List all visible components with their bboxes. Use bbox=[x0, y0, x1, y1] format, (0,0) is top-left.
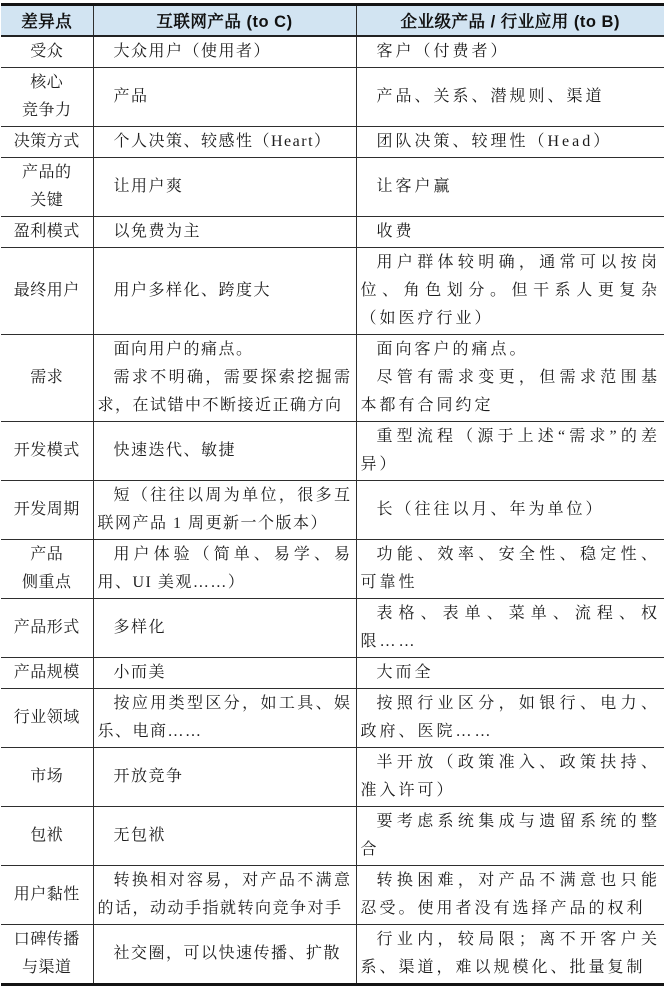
table-body: 受众 大众用户（使用者） 客户（付费者） 核心 竞争力 产品 产品、关系、潜规则… bbox=[1, 36, 664, 985]
cell-paragraph: 按照行业区分，如银行、电力、政府、医院…… bbox=[361, 690, 661, 746]
table-header: 差异点 互联网产品 (to C) 企业级产品 / 行业应用 (to B) bbox=[1, 5, 664, 36]
row-label: 口碑传播 与渠道 bbox=[1, 924, 93, 984]
row-label: 需求 bbox=[1, 334, 93, 421]
row-label: 核心 竞争力 bbox=[1, 67, 93, 126]
cell-paragraph: 产品、关系、潜规则、渠道 bbox=[361, 83, 661, 111]
table-row-user-stickiness: 用户黏性 转换相对容易，对产品不满意的话，动动手指就转向竞争对手 转换困难，对产… bbox=[1, 865, 664, 924]
toc-cell: 多样化 bbox=[93, 598, 356, 657]
table-row-industry-domain: 行业领域 按应用类型区分，如工具、娱乐、电商…… 按照行业区分，如银行、电力、政… bbox=[1, 688, 664, 747]
table-row-dev-model: 开发模式 快速迭代、敏捷 重型流程（源于上述“需求”的差异） bbox=[1, 421, 664, 480]
table-row-requirements: 需求 面向用户的痛点。需求不明确，需要探索挖掘需求，在试错中不断接近正确方向 面… bbox=[1, 334, 664, 421]
cell-paragraph: 需求不明确，需要探索挖掘需求，在试错中不断接近正确方向 bbox=[98, 364, 352, 420]
header-cell-to-b: 企业级产品 / 行业应用 (to B) bbox=[356, 5, 664, 36]
cell-paragraph: 客户（付费者） bbox=[361, 38, 661, 66]
cell-paragraph: 按应用类型区分，如工具、娱乐、电商…… bbox=[98, 690, 352, 746]
cell-paragraph: 短（往往以周为单位，很多互联网产品 1 周更新一个版本） bbox=[98, 482, 352, 538]
header-row: 差异点 互联网产品 (to C) 企业级产品 / 行业应用 (to B) bbox=[1, 5, 664, 36]
table-row-product-key: 产品的 关键 让用户爽 让客户赢 bbox=[1, 157, 664, 216]
cell-paragraph: 重型流程（源于上述“需求”的差异） bbox=[361, 423, 661, 479]
cell-paragraph: 开放竞争 bbox=[98, 763, 352, 791]
cell-paragraph: 用户群体较明确，通常可以按岗位、角色划分。但干系人更复杂（如医疗行业） bbox=[361, 249, 661, 333]
toc-cell: 社交圈，可以快速传播、扩散 bbox=[93, 924, 356, 984]
table-row-end-users: 最终用户 用户多样化、跨度大 用户群体较明确，通常可以按岗位、角色划分。但干系人… bbox=[1, 247, 664, 334]
cell-paragraph: 表格、表单、菜单、流程、权限…… bbox=[361, 600, 661, 656]
row-label: 包袱 bbox=[1, 806, 93, 865]
cell-paragraph: 大众用户（使用者） bbox=[98, 38, 352, 66]
cell-paragraph: 个人决策、较感性（Heart） bbox=[98, 128, 352, 156]
cell-paragraph: 团队决策、较理性（Head） bbox=[361, 128, 661, 156]
toc-cell: 用户多样化、跨度大 bbox=[93, 247, 356, 334]
cell-paragraph: 面向客户的痛点。 bbox=[361, 336, 661, 364]
tob-cell: 产品、关系、潜规则、渠道 bbox=[356, 67, 664, 126]
toc-cell: 快速迭代、敏捷 bbox=[93, 421, 356, 480]
row-label: 开发周期 bbox=[1, 480, 93, 539]
toc-cell: 产品 bbox=[93, 67, 356, 126]
cell-paragraph: 以免费为主 bbox=[98, 218, 352, 246]
cell-paragraph: 用户多样化、跨度大 bbox=[98, 277, 352, 305]
toc-cell: 按应用类型区分，如工具、娱乐、电商…… bbox=[93, 688, 356, 747]
toc-cell: 无包袱 bbox=[93, 806, 356, 865]
cell-paragraph: 半开放（政策准入、政策扶持、准入许可） bbox=[361, 749, 661, 805]
tob-cell: 行业内，较局限；离不开客户关系、渠道，难以规模化、批量复制 bbox=[356, 924, 664, 984]
cell-paragraph: 尽管有需求变更，但需求范围基本都有合同约定 bbox=[361, 364, 661, 420]
row-label: 产品的 关键 bbox=[1, 157, 93, 216]
tob-cell: 客户（付费者） bbox=[356, 36, 664, 68]
header-cell-difference-point: 差异点 bbox=[1, 5, 93, 36]
tob-cell: 半开放（政策准入、政策扶持、准入许可） bbox=[356, 747, 664, 806]
toc-cell: 面向用户的痛点。需求不明确，需要探索挖掘需求，在试错中不断接近正确方向 bbox=[93, 334, 356, 421]
row-label: 行业领域 bbox=[1, 688, 93, 747]
row-label: 受众 bbox=[1, 36, 93, 68]
cell-paragraph: 社交圈，可以快速传播、扩散 bbox=[98, 940, 352, 968]
cell-paragraph: 转换困难，对产品不满意也只能忍受。使用者没有选择产品的权利 bbox=[361, 867, 661, 923]
table-row-core-competitiveness: 核心 竞争力 产品 产品、关系、潜规则、渠道 bbox=[1, 67, 664, 126]
toc-cell: 让用户爽 bbox=[93, 157, 356, 216]
toc-cell: 大众用户（使用者） bbox=[93, 36, 356, 68]
table-row-baggage: 包袱 无包袱 要考虑系统集成与遗留系统的整合 bbox=[1, 806, 664, 865]
table-row-profit-model: 盈利模式 以免费为主 收费 bbox=[1, 216, 664, 247]
row-label: 产品 侧重点 bbox=[1, 539, 93, 598]
table-row-product-focus: 产品 侧重点 用户体验（简单、易学、易用、UI 美观……） 功能、效率、安全性、… bbox=[1, 539, 664, 598]
toc-cell: 用户体验（简单、易学、易用、UI 美观……） bbox=[93, 539, 356, 598]
toc-cell: 个人决策、较感性（Heart） bbox=[93, 126, 356, 157]
cell-paragraph: 长（往往以月、年为单位） bbox=[361, 496, 661, 524]
tob-cell: 用户群体较明确，通常可以按岗位、角色划分。但干系人更复杂（如医疗行业） bbox=[356, 247, 664, 334]
table-row-product-form: 产品形式 多样化 表格、表单、菜单、流程、权限…… bbox=[1, 598, 664, 657]
table-row-decision-style: 决策方式 个人决策、较感性（Heart） 团队决策、较理性（Head） bbox=[1, 126, 664, 157]
cell-paragraph: 面向用户的痛点。 bbox=[98, 336, 352, 364]
table-row-product-scale: 产品规模 小而美 大而全 bbox=[1, 657, 664, 688]
toc-cell: 小而美 bbox=[93, 657, 356, 688]
table-row-audience: 受众 大众用户（使用者） 客户（付费者） bbox=[1, 36, 664, 68]
row-label: 开发模式 bbox=[1, 421, 93, 480]
tob-cell: 转换困难，对产品不满意也只能忍受。使用者没有选择产品的权利 bbox=[356, 865, 664, 924]
cell-paragraph: 小而美 bbox=[98, 659, 352, 687]
tob-cell: 功能、效率、安全性、稳定性、可靠性 bbox=[356, 539, 664, 598]
cell-paragraph: 功能、效率、安全性、稳定性、可靠性 bbox=[361, 541, 661, 597]
cell-paragraph: 要考虑系统集成与遗留系统的整合 bbox=[361, 808, 661, 864]
tob-cell: 表格、表单、菜单、流程、权限…… bbox=[356, 598, 664, 657]
tob-cell: 收费 bbox=[356, 216, 664, 247]
tob-cell: 按照行业区分，如银行、电力、政府、医院…… bbox=[356, 688, 664, 747]
row-label: 用户黏性 bbox=[1, 865, 93, 924]
cell-paragraph: 用户体验（简单、易学、易用、UI 美观……） bbox=[98, 541, 352, 597]
row-label: 产品规模 bbox=[1, 657, 93, 688]
cell-paragraph: 大而全 bbox=[361, 659, 661, 687]
toc-cell: 转换相对容易，对产品不满意的话，动动手指就转向竞争对手 bbox=[93, 865, 356, 924]
toc-cell: 开放竞争 bbox=[93, 747, 356, 806]
row-label: 盈利模式 bbox=[1, 216, 93, 247]
toc-cell: 以免费为主 bbox=[93, 216, 356, 247]
cell-paragraph: 让客户赢 bbox=[361, 173, 661, 201]
tob-cell: 重型流程（源于上述“需求”的差异） bbox=[356, 421, 664, 480]
cell-paragraph: 让用户爽 bbox=[98, 173, 352, 201]
cell-paragraph: 多样化 bbox=[98, 614, 352, 642]
tob-cell: 要考虑系统集成与遗留系统的整合 bbox=[356, 806, 664, 865]
tob-cell: 让客户赢 bbox=[356, 157, 664, 216]
tob-cell: 面向客户的痛点。尽管有需求变更，但需求范围基本都有合同约定 bbox=[356, 334, 664, 421]
cell-paragraph: 收费 bbox=[361, 218, 661, 246]
row-label: 产品形式 bbox=[1, 598, 93, 657]
comparison-table: 差异点 互联网产品 (to C) 企业级产品 / 行业应用 (to B) 受众 … bbox=[1, 3, 664, 986]
row-label: 最终用户 bbox=[1, 247, 93, 334]
tob-cell: 团队决策、较理性（Head） bbox=[356, 126, 664, 157]
row-label: 决策方式 bbox=[1, 126, 93, 157]
toc-cell: 短（往往以周为单位，很多互联网产品 1 周更新一个版本） bbox=[93, 480, 356, 539]
tob-cell: 大而全 bbox=[356, 657, 664, 688]
table-row-market: 市场 开放竞争 半开放（政策准入、政策扶持、准入许可） bbox=[1, 747, 664, 806]
table-row-word-of-mouth: 口碑传播 与渠道 社交圈，可以快速传播、扩散 行业内，较局限；离不开客户关系、渠… bbox=[1, 924, 664, 984]
cell-paragraph: 无包袱 bbox=[98, 822, 352, 850]
cell-paragraph: 快速迭代、敏捷 bbox=[98, 437, 352, 465]
row-label: 市场 bbox=[1, 747, 93, 806]
table-row-dev-cycle: 开发周期 短（往往以周为单位，很多互联网产品 1 周更新一个版本） 长（往往以月… bbox=[1, 480, 664, 539]
tob-cell: 长（往往以月、年为单位） bbox=[356, 480, 664, 539]
header-cell-to-c: 互联网产品 (to C) bbox=[93, 5, 356, 36]
cell-paragraph: 产品 bbox=[98, 83, 352, 111]
cell-paragraph: 转换相对容易，对产品不满意的话，动动手指就转向竞争对手 bbox=[98, 867, 352, 923]
cell-paragraph: 行业内，较局限；离不开客户关系、渠道，难以规模化、批量复制 bbox=[361, 926, 661, 982]
